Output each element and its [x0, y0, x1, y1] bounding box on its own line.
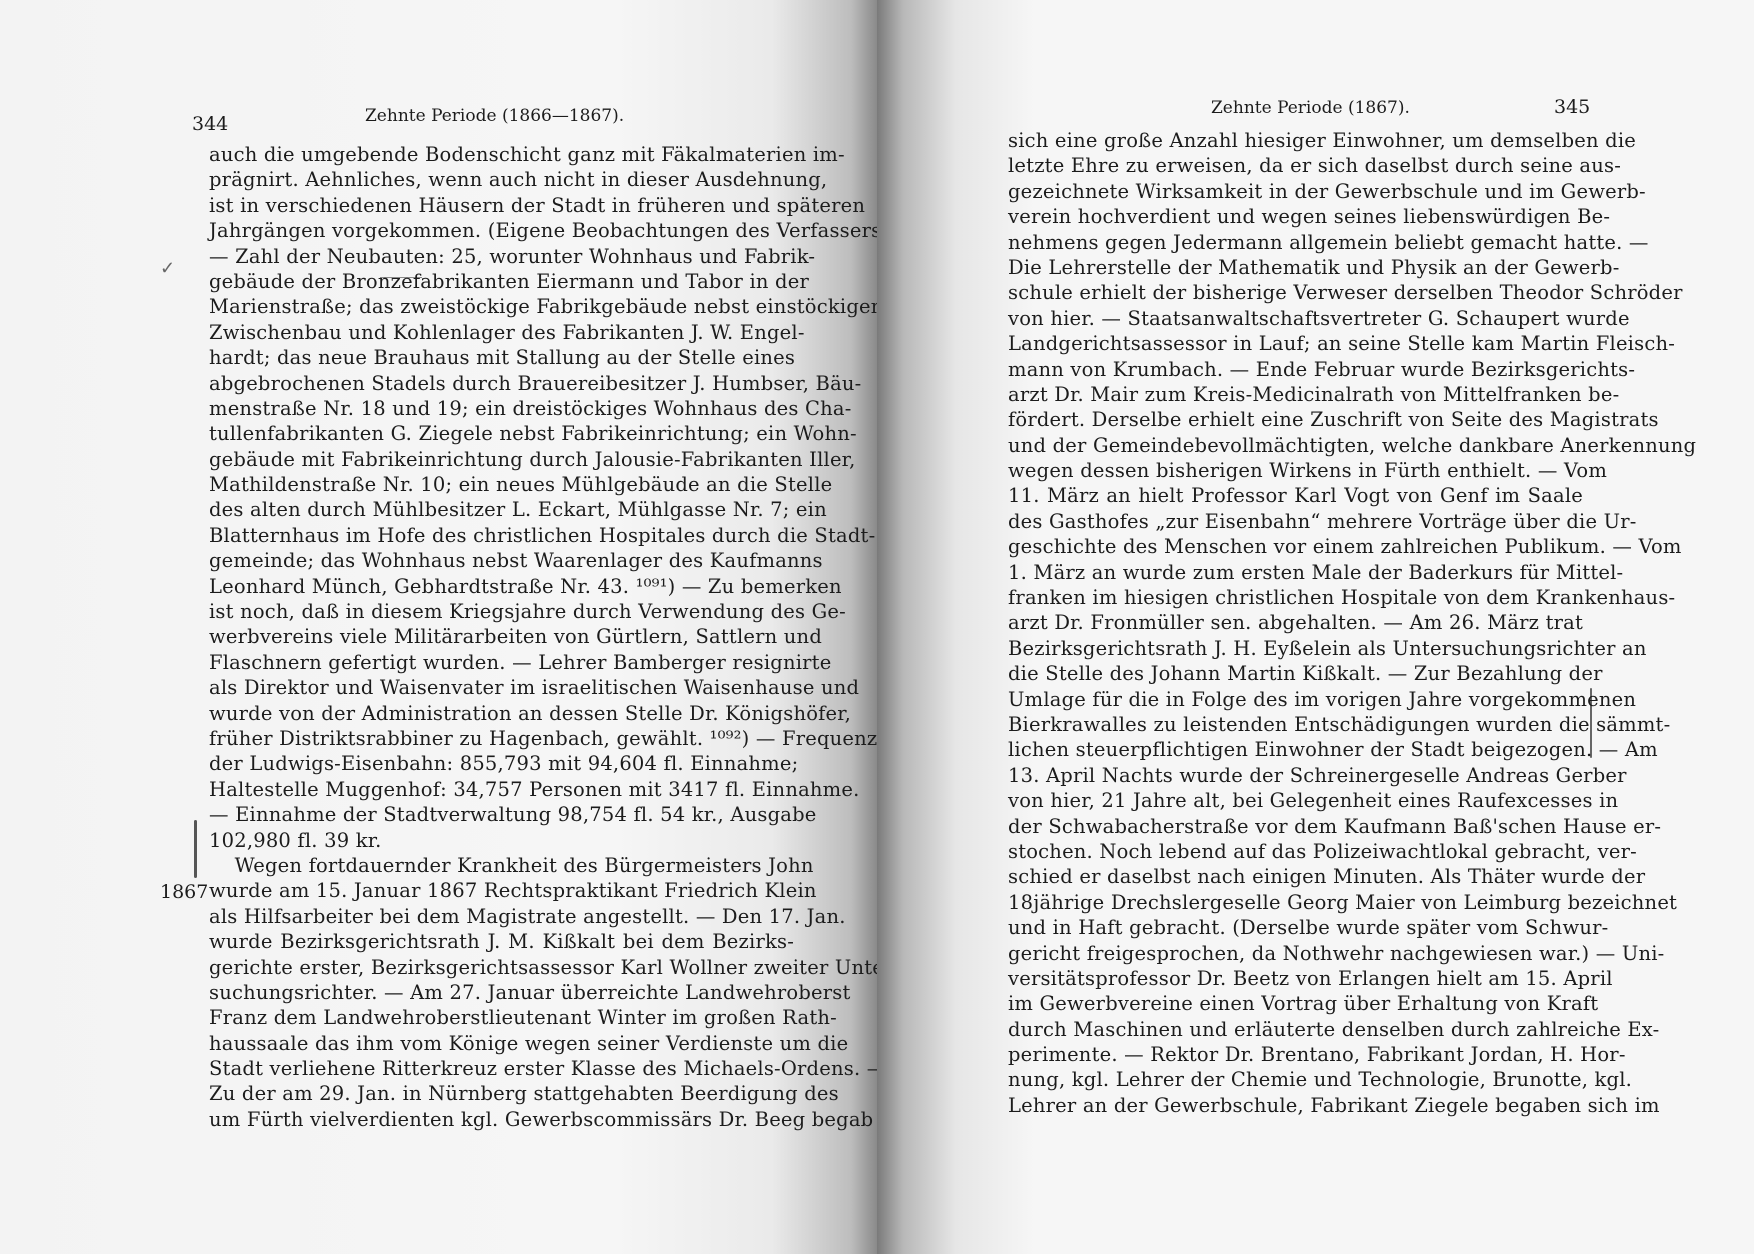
text-line: Lehrer an der Gewerbschule, Fabrikant Zi…	[1008, 1093, 1583, 1118]
text-line: gericht freigesprochen, da Nothwehr nach…	[1008, 941, 1583, 966]
text-line: verein hochverdient und wegen seines lie…	[1008, 204, 1583, 229]
text-line: gebäude der Bronzefabrikanten Eiermann u…	[209, 269, 794, 294]
text-line: Blatternhaus im Hofe des christlichen Ho…	[209, 523, 794, 548]
right-page-body: sich eine große Anzahl hiesiger Einwohne…	[1008, 128, 1583, 1118]
text-line: versitätsprofessor Dr. Beetz von Erlange…	[1008, 966, 1583, 991]
left-page-body: auch die umgebende Bodenschicht ganz mit…	[209, 142, 794, 1132]
text-line: 18jährige Drechslergeselle Georg Maier v…	[1008, 890, 1583, 915]
text-line: wurde von der Administration an dessen S…	[209, 701, 794, 726]
text-line: wegen dessen bisherigen Wirkens in Fürth…	[1008, 458, 1583, 483]
text-line: auch die umgebende Bodenschicht ganz mit…	[209, 142, 794, 167]
text-line: 102,980 fl. 39 kr.	[209, 828, 794, 853]
pencil-check-mark: ✓	[160, 258, 175, 279]
text-line: Mathildenstraße Nr. 10; ein neues Mühlge…	[209, 472, 794, 497]
text-line: lichen steuerpflichtigen Einwohner der S…	[1008, 737, 1583, 762]
text-line: suchungsrichter. — Am 27. Januar überrei…	[209, 980, 794, 1005]
text-line: werbvereins viele Militärarbeiten von Gü…	[209, 624, 794, 649]
left-page: 344 Zehnte Periode (1866—1867). ✓ 1867 a…	[0, 0, 877, 1254]
text-line: um Fürth vielverdienten kgl. Gewerbscomm…	[209, 1107, 794, 1132]
text-line: von hier. — Staatsanwaltschaftsvertreter…	[1008, 306, 1583, 331]
text-line: des Gasthofes „zur Eisenbahn“ mehrere Vo…	[1008, 509, 1583, 534]
text-line: durch Maschinen und erläuterte denselben…	[1008, 1017, 1583, 1042]
text-line: Leonhard Münch, Gebhardtstraße Nr. 43. ¹…	[209, 574, 794, 599]
text-line: Bezirksgerichtsrath J. H. Eyßelein als U…	[1008, 636, 1583, 661]
margin-year-note: 1867	[160, 881, 208, 903]
text-line: menstraße Nr. 18 und 19; ein dreistöckig…	[209, 396, 794, 421]
text-line: und in Haft gebracht. (Derselbe wurde sp…	[1008, 915, 1583, 940]
text-line: perimente. — Rektor Dr. Brentano, Fabrik…	[1008, 1042, 1583, 1067]
text-line: des alten durch Mühlbesitzer L. Eckart, …	[209, 497, 794, 522]
text-line: Haltestelle Muggenhof: 34,757 Personen m…	[209, 777, 794, 802]
text-line: schule erhielt der bisherige Verweser de…	[1008, 280, 1583, 305]
text-line: schied er daselbst nach einigen Minuten.…	[1008, 864, 1583, 889]
text-line: tullenfabrikanten G. Ziegele nebst Fabri…	[209, 421, 794, 446]
text-line: 13. April Nachts wurde der Schreinergese…	[1008, 763, 1583, 788]
text-line: prägnirt. Aehnliches, wenn auch nicht in…	[209, 167, 794, 192]
text-line: früher Distriktsrabbiner zu Hagenbach, g…	[209, 726, 794, 751]
text-line: letzte Ehre zu erweisen, da er sich dase…	[1008, 153, 1583, 178]
running-header-right: Zehnte Periode (1867).	[1211, 98, 1410, 118]
text-line: nehmens gegen Jedermann allgemein belieb…	[1008, 230, 1583, 255]
text-line: Landgerichtsassessor in Lauf; an seine S…	[1008, 331, 1583, 356]
text-line: stochen. Noch lebend auf das Polizeiwach…	[1008, 839, 1583, 864]
text-line: als Direktor und Waisenvater im israelit…	[209, 675, 794, 700]
text-line: Jahrgängen vorgekommen. (Eigene Beobacht…	[209, 218, 794, 243]
text-line: haussaale das ihm vom Könige wegen seine…	[209, 1031, 794, 1056]
text-line: Die Lehrerstelle der Mathematik und Phys…	[1008, 255, 1583, 280]
text-line: 1. März an wurde zum ersten Male der Bad…	[1008, 560, 1583, 585]
text-line: der Ludwigs-Eisenbahn: 855,793 mit 94,60…	[209, 751, 794, 776]
text-line: abgebrochenen Stadels durch Brauereibesi…	[209, 371, 794, 396]
text-line: der Schwabacherstraße vor dem Kaufmann B…	[1008, 814, 1583, 839]
text-line: Umlage für die in Folge des im vorigen J…	[1008, 687, 1583, 712]
page-number-left: 344	[192, 113, 228, 135]
text-line: gebäude mit Fabrikeinrichtung durch Jalo…	[209, 447, 794, 472]
text-line: Bierkrawalles zu leistenden Entschädigun…	[1008, 712, 1583, 737]
text-line: im Gewerbvereine einen Vortrag über Erha…	[1008, 991, 1583, 1016]
text-line: von hier, 21 Jahre alt, bei Gelegenheit …	[1008, 788, 1583, 813]
text-line: wurde Bezirksgerichtsrath J. M. Kißkalt …	[209, 929, 794, 954]
pencil-margin-bar-left	[194, 820, 197, 878]
text-line: ist noch, daß in diesem Kriegsjahre durc…	[209, 599, 794, 624]
text-line: arzt Dr. Fronmüller sen. abgehalten. — A…	[1008, 610, 1583, 635]
text-line: — Einnahme der Stadtverwaltung 98,754 fl…	[209, 802, 794, 827]
text-line: Franz dem Landwehroberstlieutenant Winte…	[209, 1005, 794, 1030]
text-line: sich eine große Anzahl hiesiger Einwohne…	[1008, 128, 1583, 153]
text-line: gemeinde; das Wohnhaus nebst Waarenlager…	[209, 548, 794, 573]
running-header-left: Zehnte Periode (1866—1867).	[365, 106, 624, 126]
text-line: fördert. Derselbe erhielt eine Zuschrift…	[1008, 407, 1583, 432]
text-line: ist in verschiedenen Häusern der Stadt i…	[209, 193, 794, 218]
text-line: — Zahl der Neubauten: 25, worunter Wohnh…	[209, 244, 794, 269]
right-page: Zehnte Periode (1867). 345 sich eine gro…	[877, 0, 1754, 1254]
text-line: die Stelle des Johann Martin Kißkalt. — …	[1008, 661, 1583, 686]
text-line: Zu der am 29. Jan. in Nürnberg stattgeha…	[209, 1081, 794, 1106]
text-line: nung, kgl. Lehrer der Chemie und Technol…	[1008, 1067, 1583, 1092]
text-line: franken im hiesigen christlichen Hospita…	[1008, 585, 1583, 610]
text-line: gerichte erster, Bezirksgerichtsassessor…	[209, 955, 794, 980]
text-line: Stadt verliehene Ritterkreuz erster Klas…	[209, 1056, 794, 1081]
text-line: hardt; das neue Brauhaus mit Stallung au…	[209, 345, 794, 370]
text-line: wurde am 15. Januar 1867 Rechtspraktikan…	[209, 878, 794, 903]
text-line: als Hilfsarbeiter bei dem Magistrate ang…	[209, 904, 794, 929]
text-line: Marienstraße; das zweistöckige Fabrikgeb…	[209, 294, 794, 319]
text-line: arzt Dr. Mair zum Kreis-Medicinalrath vo…	[1008, 382, 1583, 407]
text-line: 11. März an hielt Professor Karl Vogt vo…	[1008, 483, 1583, 508]
page-number-right: 345	[1554, 96, 1590, 118]
text-line: gezeichnete Wirksamkeit in der Gewerbsch…	[1008, 179, 1583, 204]
text-line: und der Gemeindebevollmächtigten, welche…	[1008, 433, 1583, 458]
text-line: Wegen fortdauernder Krankheit des Bürger…	[209, 853, 794, 878]
text-line: mann von Krumbach. — Ende Februar wurde …	[1008, 357, 1583, 382]
text-line: Zwischenbau und Kohlenlager des Fabrikan…	[209, 320, 794, 345]
text-line: Flaschnern gefertigt wurden. — Lehrer Ba…	[209, 650, 794, 675]
text-line: geschichte des Menschen vor einem zahlre…	[1008, 534, 1583, 559]
book-spread: 344 Zehnte Periode (1866—1867). ✓ 1867 a…	[0, 0, 1754, 1254]
